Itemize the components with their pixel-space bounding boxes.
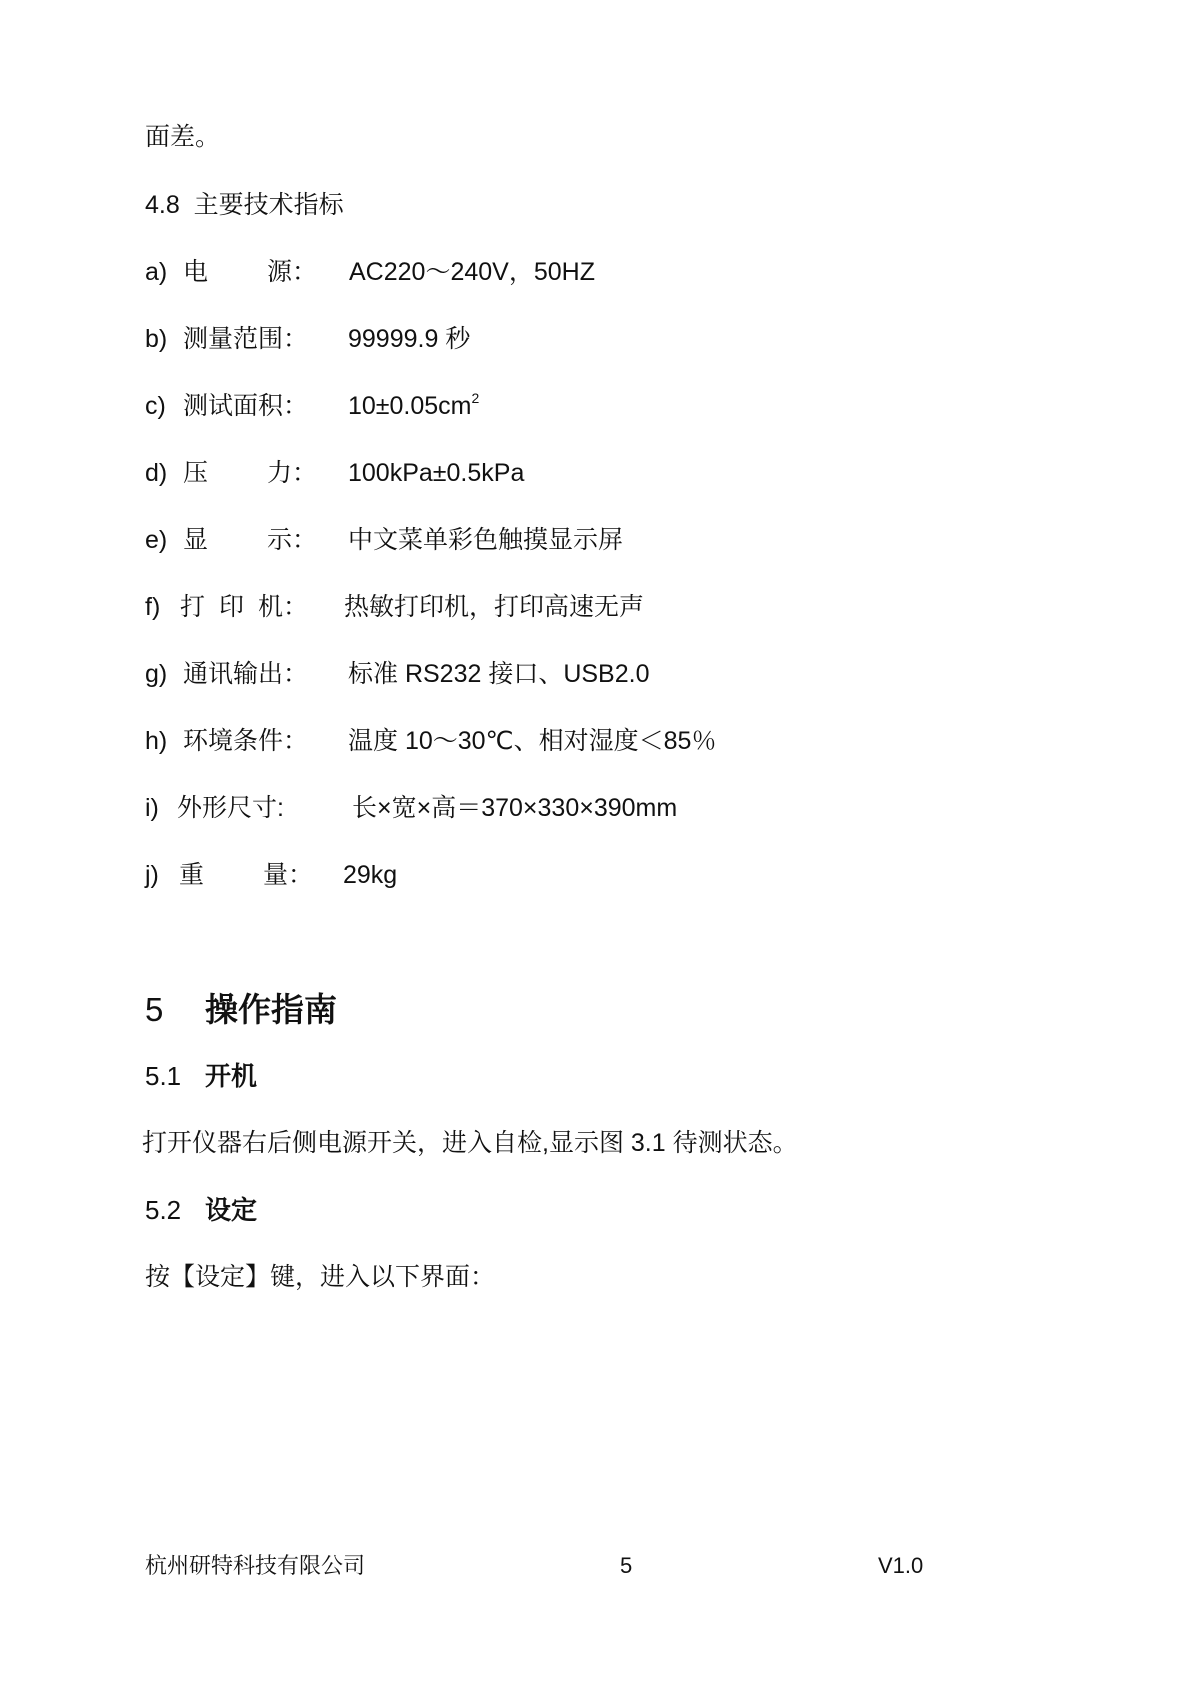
- spec-value: 10±0.05cm2: [348, 390, 479, 422]
- footer-page-number: 5: [620, 1552, 632, 1580]
- spec-value: 温度 10～30℃、相对湿度＜85％: [348, 725, 716, 757]
- spec-label-part: 量：: [263, 859, 313, 891]
- section-title: 主要技术指标: [194, 191, 344, 219]
- spec-label-part: 源：: [267, 256, 317, 288]
- spec-value: 标准 RS232 接口、USB2.0: [348, 658, 650, 690]
- section-number: 5.2: [145, 1193, 205, 1227]
- spec-index: h): [145, 725, 167, 757]
- spec-label-part: 重: [179, 859, 204, 891]
- spec-item-printer: f) 打 印 机： 热敏打印机，打印高速无声: [145, 591, 1045, 623]
- spec-label-part: 压: [183, 457, 208, 489]
- spec-label: 环境条件：: [183, 725, 308, 757]
- spec-item-area: c) 测试面积： 10±0.05cm2: [145, 390, 1045, 422]
- spec-index: a): [145, 256, 167, 288]
- spec-label-part: 打: [180, 591, 205, 623]
- spec-value: 中文菜单彩色触摸显示屏: [348, 524, 623, 556]
- section-5-heading: 5操作指南: [145, 990, 337, 1030]
- section-5-1-body: 打开仪器右后侧电源开关，进入自检,显示图 3.1 待测状态。: [142, 1127, 798, 1159]
- section-number: 5: [145, 990, 205, 1030]
- spec-index: g): [145, 658, 167, 690]
- spec-label: 外形尺寸:: [177, 792, 284, 824]
- spec-value: 99999.9 秒: [348, 323, 470, 355]
- spec-value: 热敏打印机，打印高速无声: [344, 591, 644, 623]
- spec-index: e): [145, 524, 167, 556]
- footer-company: 杭州研特科技有限公司: [145, 1552, 365, 1580]
- spec-label: 电 源：: [183, 256, 317, 288]
- spec-value: AC220～240V，50HZ: [349, 256, 595, 288]
- spec-item-power: a) 电 源： AC220～240V，50HZ: [145, 256, 1045, 288]
- superscript: 2: [472, 390, 480, 406]
- spec-item-dimensions: i) 外形尺寸: 长×宽×高＝370×330×390mm: [145, 792, 1045, 824]
- spec-index: d): [145, 457, 167, 489]
- spec-index: b): [145, 323, 167, 355]
- spec-label: 测试面积：: [183, 390, 308, 422]
- section-title: 操作指南: [205, 991, 337, 1028]
- section-number: 5.1: [145, 1059, 205, 1093]
- spec-value: 29kg: [343, 859, 397, 891]
- spec-value: 长×宽×高＝370×330×390mm: [352, 792, 677, 824]
- spec-item-environment: h) 环境条件： 温度 10～30℃、相对湿度＜85％: [145, 725, 1045, 757]
- section-title: 开机: [205, 1061, 257, 1091]
- continuation-text: 面差。: [145, 121, 220, 153]
- spec-value-text: 10±0.05cm: [348, 392, 472, 420]
- spec-value: 100kPa±0.5kPa: [348, 457, 524, 489]
- spec-index: i): [145, 792, 159, 824]
- spec-label-part: 电: [183, 256, 208, 288]
- spec-index: j): [145, 859, 159, 891]
- spec-item-communication: g) 通讯输出： 标准 RS232 接口、USB2.0: [145, 658, 1045, 690]
- section-number: 4.8: [145, 191, 180, 219]
- spec-index: f): [145, 591, 160, 623]
- spec-label-part: 显: [183, 524, 208, 556]
- spec-item-weight: j) 重 量： 29kg: [145, 859, 1045, 891]
- spec-label: 测量范围：: [183, 323, 308, 355]
- spec-label: 通讯输出：: [183, 658, 308, 690]
- spec-item-pressure: d) 压 力： 100kPa±0.5kPa: [145, 457, 1045, 489]
- spec-item-range: b) 测量范围： 99999.9 秒: [145, 323, 1045, 355]
- spec-label-part: 示：: [267, 524, 317, 556]
- section-5-1-heading: 5.1开机: [145, 1059, 257, 1093]
- section-4-8-heading: 4.8 主要技术指标: [145, 189, 344, 221]
- spec-index: c): [145, 390, 166, 422]
- spec-label-part: 力：: [267, 457, 317, 489]
- footer-version: V1.0: [878, 1552, 923, 1580]
- spec-label: 显 示：: [183, 524, 317, 556]
- spec-label: 打 印 机：: [180, 591, 308, 623]
- spec-label: 压 力：: [183, 457, 317, 489]
- document-page: 面差。 4.8 主要技术指标 a) 电 源： AC220～240V，50HZ b…: [0, 0, 1200, 1702]
- section-5-2-body: 按【设定】键，进入以下界面：: [145, 1261, 495, 1293]
- spec-label-part: 机：: [258, 591, 308, 623]
- section-title: 设定: [205, 1195, 257, 1225]
- spec-item-display: e) 显 示： 中文菜单彩色触摸显示屏: [145, 524, 1045, 556]
- spec-label-part: 印: [219, 591, 244, 623]
- section-5-2-heading: 5.2设定: [145, 1193, 257, 1227]
- spec-label: 重 量：: [179, 859, 313, 891]
